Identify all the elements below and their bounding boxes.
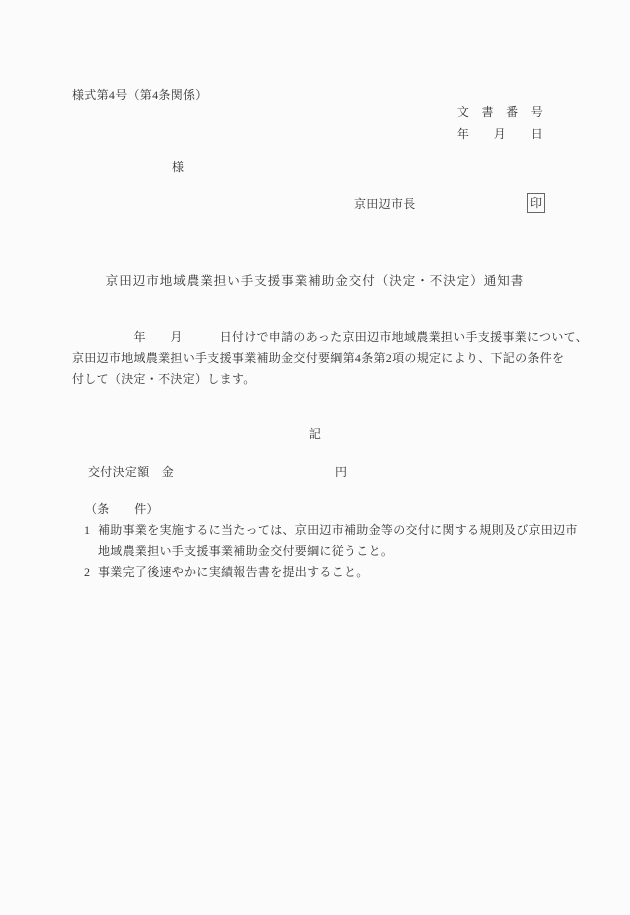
grant-amount-unit: 円 (335, 465, 347, 480)
document-title: 京田辺市地域農業担い手支援事業補助金交付（決定・不決定）通知書 (0, 274, 630, 289)
body-line: 付して（決定・不決定）します。 (72, 372, 256, 387)
issuer-name: 京田辺市長 (354, 197, 416, 212)
official-seal: 印 (527, 193, 545, 213)
body-line: 年 月 日付けで申請のあった京田辺市地域農業担い手支援事業について、 (72, 330, 588, 345)
condition-number: 2 (84, 565, 90, 580)
condition-text: 地域農業担い手支援事業補助金交付要綱に従うこと。 (98, 544, 393, 559)
conditions-heading: （条 件） (85, 502, 159, 517)
record-marker: 記 (0, 427, 630, 442)
form-number-label: 様式第4号（第4条関係） (72, 88, 208, 103)
grant-amount-label: 交付決定額 金 (88, 465, 174, 480)
condition-number: 1 (84, 523, 90, 538)
document-page: 様式第4号（第4条関係） 文 書 番 号 年 月 日 様 京田辺市長 印 京田辺… (0, 0, 630, 915)
seal-mark: 印 (530, 197, 542, 209)
date-placeholder: 年 月 日 (457, 127, 543, 142)
body-line: 京田辺市地域農業担い手支援事業補助金交付要綱第4条第2項の規定により、下記の条件… (72, 351, 564, 366)
doc-number-placeholder: 文 書 番 号 (457, 105, 543, 120)
condition-text: 補助事業を実施するに当たっては、京田辺市補助金等の交付に関する規則及び京田辺市 (98, 523, 578, 538)
condition-text: 事業完了後速やかに実績報告書を提出すること。 (98, 565, 369, 580)
addressee-suffix: 様 (172, 160, 184, 175)
